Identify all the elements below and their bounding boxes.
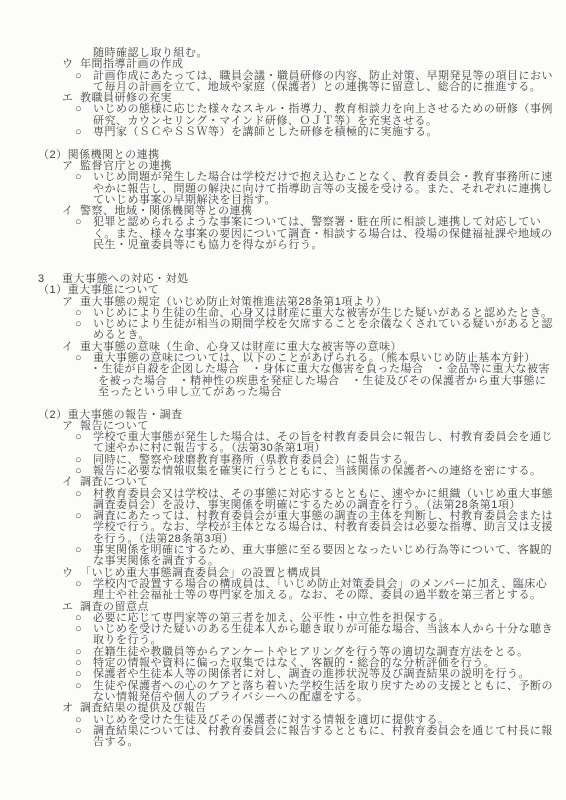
bullet-item: ○調査にあたっては、村教育委員会が重大事態の調査の主体を判断し、村教育委員会また… (0, 511, 554, 545)
list-marker: ○ (75, 353, 82, 364)
paragraph-text: 学校内で設置する場合の構成員は、「いじめ防止対策委員会」のメンバーに加え、臨床心… (93, 578, 547, 601)
bullet-item: ○計画作成にあたっては、職員会議・職員研修の内容、防止対策、早期発見等の項目にお… (0, 71, 554, 94)
paragraph-text: 専門家（ＳＣやＳＳＷ等）を講師とした研修を積極的に実施する。 (93, 126, 438, 138)
paragraph-text: 事実関係を明確にするため、重大事態に至る要因となったいじめ行為等について、客観的… (93, 544, 552, 567)
bullet-item: ○生徒や保護者への心のケアと落ち着いた学校生活を取り戻すための支援とともに、予断… (0, 681, 554, 704)
paragraph-text: 調査の留意点 (80, 601, 149, 613)
list-marker: ○ (75, 172, 82, 183)
list-marker: ○ (75, 71, 82, 82)
paragraph-text: 調査にあたっては、村教育委員会が重大事態の調査の主体を判断し、村教育委員会または… (93, 510, 553, 545)
paragraph-text: いじめ問題が発生した場合は学校だけで抱え込むことなく、教育委員会・教育事務所に速… (93, 171, 553, 206)
list-marker: ○ (75, 624, 82, 635)
paragraph-text: 重大事態の意味（生命、心身又は財産に重大な被害等の意味） (80, 341, 402, 353)
paragraph-text: 計画作成にあたっては、職員会議・職員研修の内容、防止対策、早期発見等の項目におい… (93, 70, 553, 93)
list-marker: イ (62, 477, 80, 488)
paragraph-text: 報告に必要な情報収集を確実に行うとともに、当該関係の保護者への連絡を密にする。 (93, 465, 542, 477)
paragraph-text: 関係機関との連携 (68, 149, 160, 161)
list-marker: ○ (75, 489, 82, 500)
paragraph-text: 同時に、警察や球磨教育事務所（県教育委員会）に報告する。 (93, 454, 415, 466)
bullet-item: ○学校内で設置する場合の構成員は、「いじめ防止対策委員会」のメンバーに加え、臨床… (0, 579, 554, 602)
list-marker: （2） (38, 149, 68, 161)
paragraph-text: いじめの態様に応じた様々なスキル・指導力、教育相談力を向上させるための研修（事例… (93, 103, 553, 126)
list-marker: ○ (75, 681, 82, 692)
list-marker: ○ (75, 217, 82, 228)
bullet-item: ○いじめを受けた疑いのある生徒本人から聴き取りが可能な場合、当該本人から十分な聴… (0, 624, 554, 647)
paragraph-text: 学校で重大事態が発生した場合は、その旨を村教育委員会に報告し、村教育委員会を通じ… (93, 431, 553, 454)
bullet-item: ○専門家（ＳＣやＳＳＷ等）を講師とした研修を積極的に実施する。 (0, 127, 554, 138)
paragraph-text: 「いじめ重大事態調査委員会」の設置と構成員 (80, 567, 322, 579)
paragraph-text: 調査結果については、村教育委員会に報告するとともに、村教育委員会を通じて村長に報… (93, 725, 553, 748)
paragraph-text: 生徒や保護者への心のケアと落ち着いた学校生活を取り戻すための支援とともに、予断の… (93, 680, 553, 703)
list-marker: （2） (38, 409, 68, 421)
list-marker: ○ (75, 726, 82, 737)
list-marker: ○ (75, 511, 82, 522)
paragraph-text: 重大事態について (68, 284, 160, 296)
paragraph-text: 村教育委員会又は学校は、その事態に対応するとともに、速やかに組織（いじめ重大事態… (93, 488, 553, 511)
list-marker: ウ (62, 59, 80, 70)
bullet-item: ○事実関係を明確にするため、重大事態に至る要因となったいじめ行為等について、客観… (0, 545, 554, 568)
paragraph-text: 重大事態の規定（いじめ防止対策推進法第28条第1項より） (80, 296, 387, 308)
paragraph-text: 在籍生徒や教職員等からアンケートやヒアリングを行う等の適切な調査方法をとる。 (93, 646, 529, 658)
bullet-item: ○いじめの態様に応じた様々なスキル・指導力、教育相談力を向上させるための研修（事… (0, 104, 554, 127)
paragraph-text: 重大事態の報告・調査 (68, 409, 183, 421)
bullet-item: ○調査結果については、村教育委員会に報告するとともに、村教育委員会を通じて村長に… (0, 726, 554, 749)
list-marker: オ (62, 703, 80, 714)
bullet-item: ○学校で重大事態が発生した場合は、その旨を村教育委員会に報告し、村教育委員会を通… (0, 432, 554, 455)
paragraph-text: いじめを受けた生徒及びその保護者に対する情報を適切に提供する。 (93, 714, 450, 726)
bullet-item: ○いじめにより生徒が相当の期間学校を欠席することを余儀なくされている疑いがあると… (0, 319, 554, 342)
list-marker: ○ (75, 579, 82, 590)
list-marker: ○ (75, 432, 82, 443)
paragraph-text: ・生徒が自殺を企図した場合 ・身体に重大な傷害を負った場合 ・金品等に重大な被害… (90, 363, 550, 398)
list-marker: ○ (75, 545, 82, 556)
list-marker: ○ (75, 319, 82, 330)
bullet-item: ○村教育委員会又は学校は、その事態に対応するとともに、速やかに組織（いじめ重大事… (0, 489, 554, 512)
paragraph-text: 報告について (80, 420, 149, 432)
sub-bullet-list: ・生徒が自殺を企図した場合 ・身体に重大な傷害を負った場合 ・金品等に重大な被害… (0, 364, 554, 398)
document-page: 随時確認し取り組む。ウ年間指導計画の作成○計画作成にあたっては、職員会議・職員研… (0, 0, 566, 748)
paragraph-text: いじめにより生徒が相当の期間学校を欠席することを余儀なくされている疑いがあると認… (93, 318, 553, 341)
list-marker: ○ (75, 127, 82, 138)
list-marker: ○ (75, 669, 82, 680)
paragraph-text: 犯罪と認められるような事案については、警察署・駐在所に相談し連携して対応していく… (93, 216, 553, 251)
list-marker: ○ (75, 104, 82, 115)
bullet-item: ○犯罪と認められるような事案については、警察署・駐在所に相談し連携して対応してい… (0, 217, 554, 251)
paragraph-text: 年間指導計画の作成 (80, 58, 184, 70)
paragraph-text: 調査結果の提供及び報告 (80, 702, 207, 714)
paragraph-text: 調査について (80, 476, 149, 488)
paragraph-text: いじめを受けた疑いのある生徒本人から聴き取りが可能な場合、当該本人から十分な聴き… (93, 623, 553, 646)
blank-line (0, 251, 554, 274)
bullet-item: ○いじめ問題が発生した場合は学校だけで抱え込むことなく、教育委員会・教育事務所に… (0, 172, 554, 206)
list-marker: （1） (38, 284, 68, 296)
paragraph-text: 保護者や生徒本人等の関係者に対し、調査の進捗状況等及び調査結果の説明を行う。 (93, 668, 530, 680)
